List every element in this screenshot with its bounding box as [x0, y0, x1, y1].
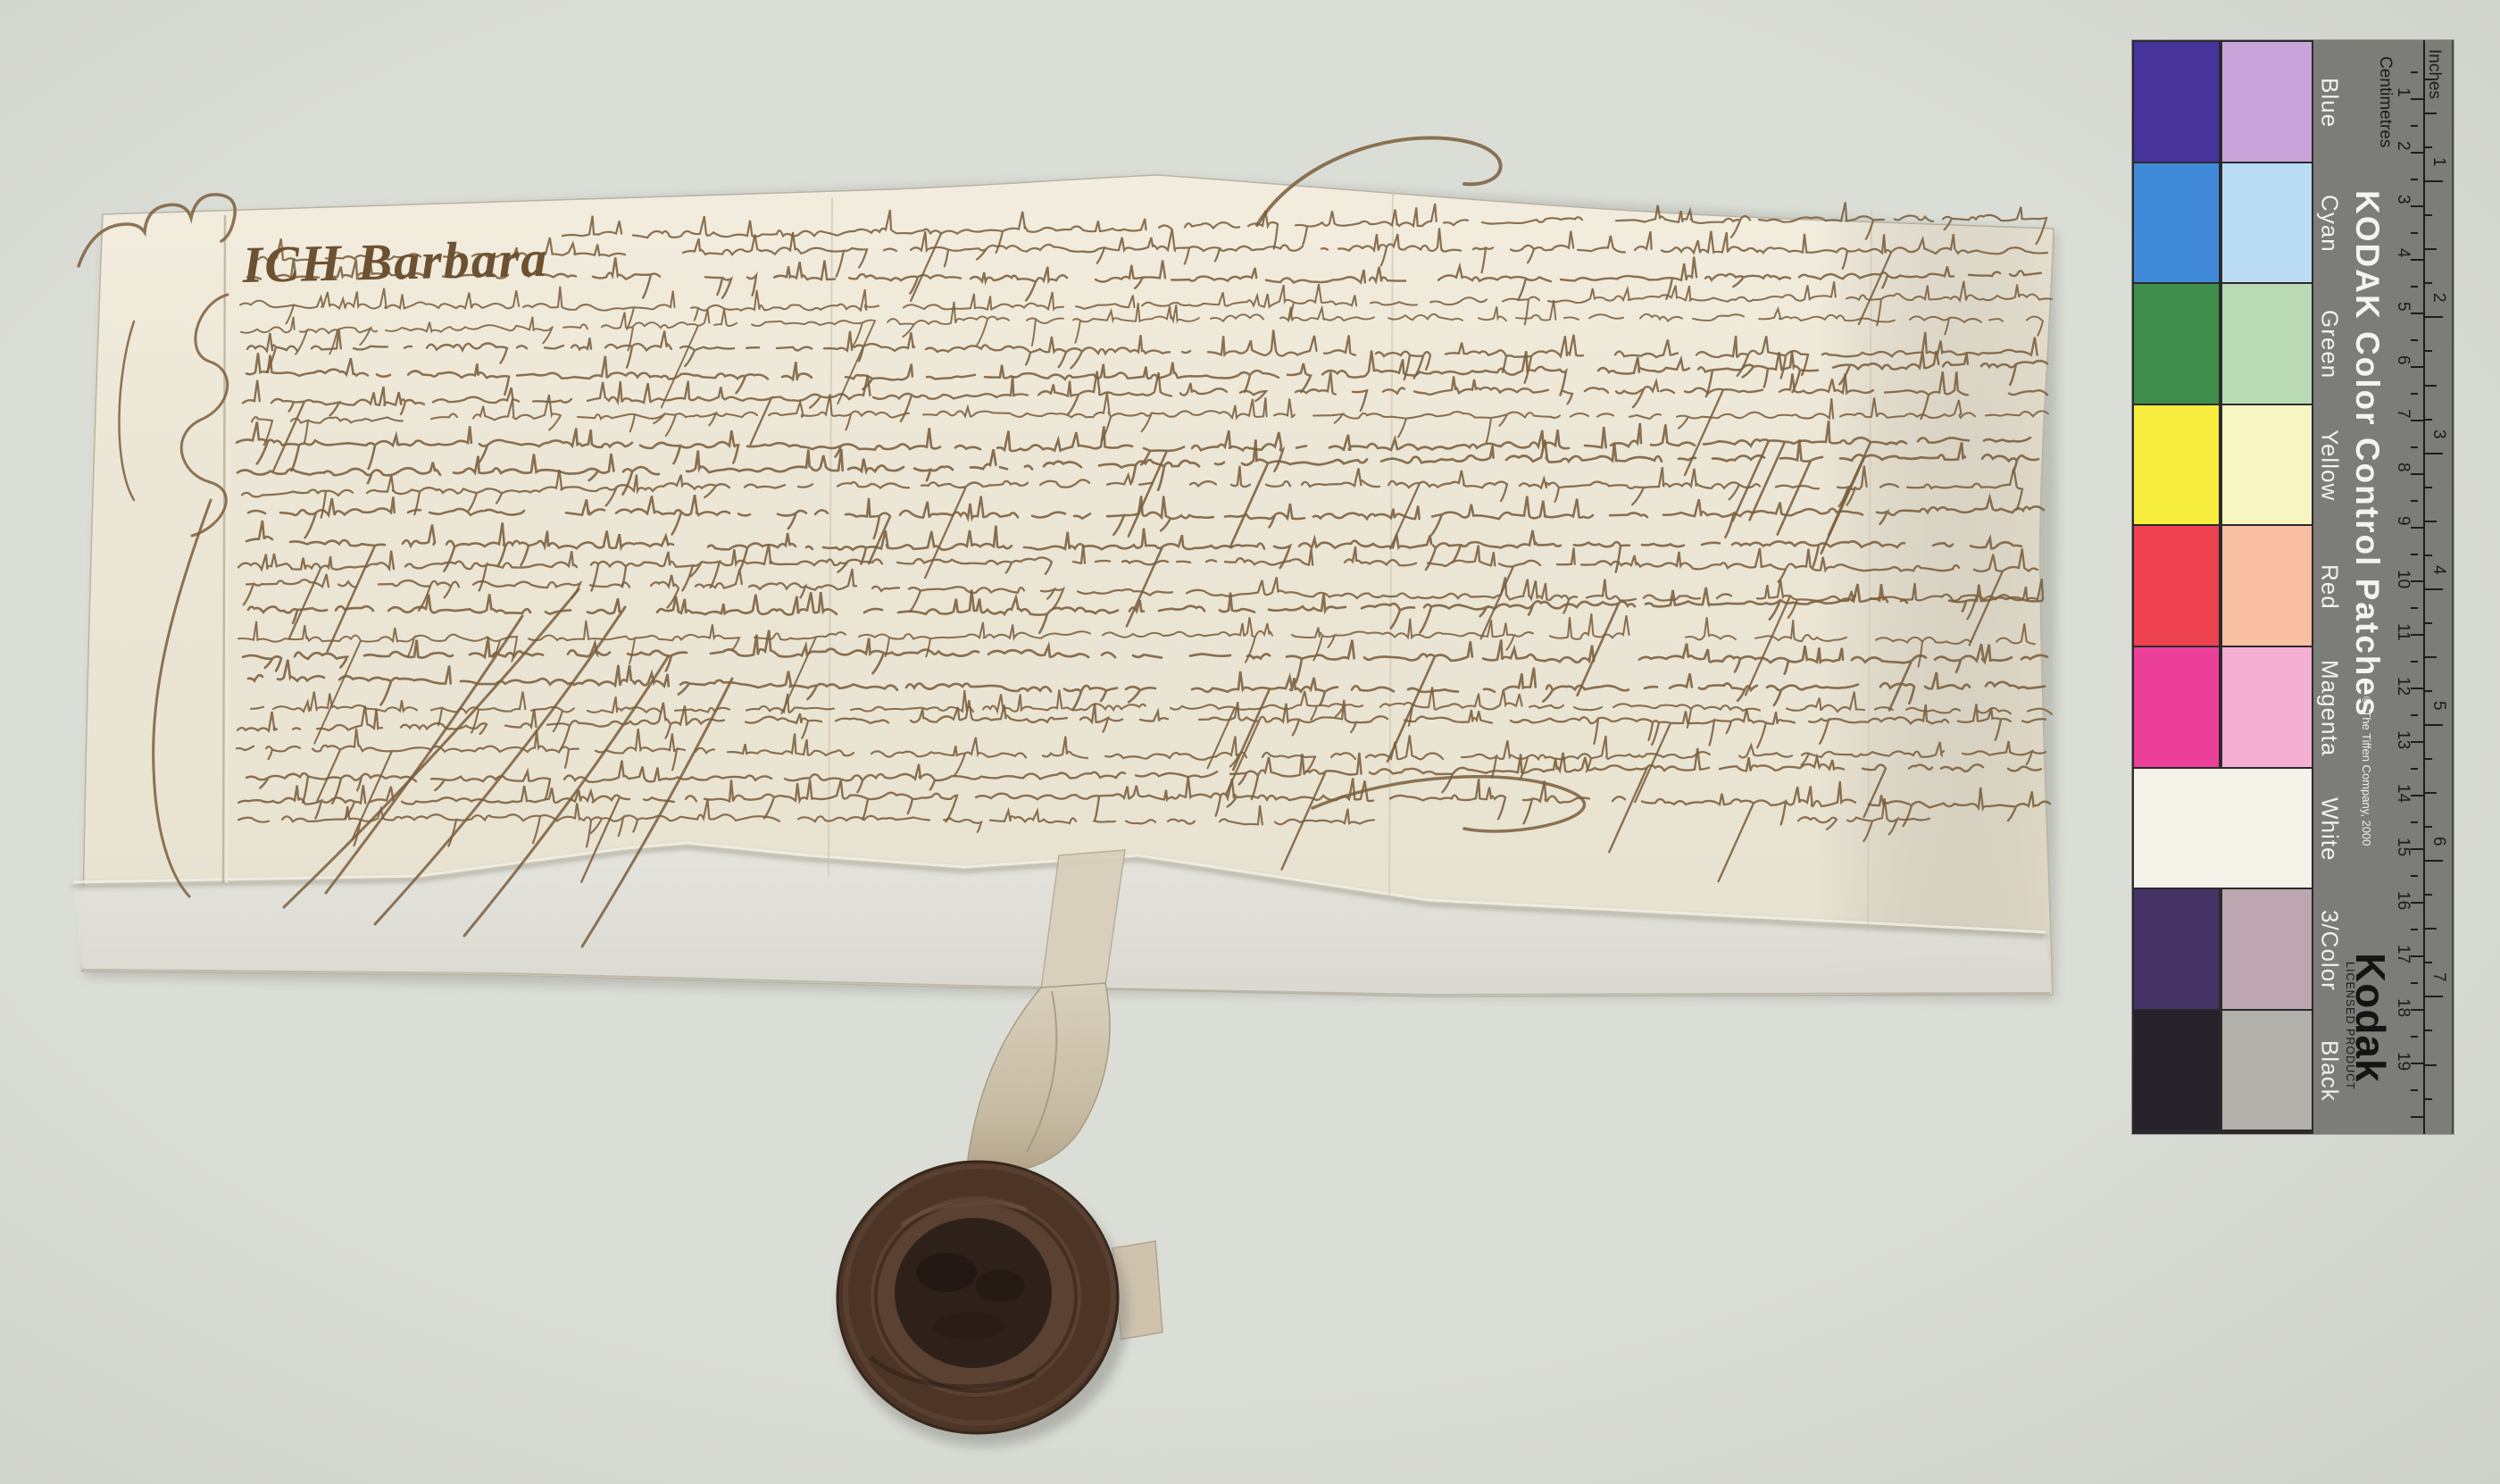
cm-tick — [2411, 420, 2423, 421]
strip-title: KODAK Color Control Patches — [2345, 190, 2386, 726]
cm-number: 7 — [2395, 409, 2412, 419]
cm-tick — [2411, 821, 2418, 823]
cm-tick — [2411, 902, 2423, 904]
patch-cyan-dark — [2134, 163, 2219, 283]
patch-label-red: Red — [2314, 526, 2345, 647]
cm-tick — [2411, 98, 2423, 100]
patch-label-3/color: 3/Color — [2314, 889, 2345, 1011]
inch-tick — [2425, 214, 2432, 216]
inch-tick — [2425, 521, 2437, 522]
cm-tick — [2411, 955, 2423, 957]
patch-label-cyan: Cyan — [2314, 163, 2345, 285]
inch-tick — [2425, 962, 2432, 963]
patch-yellow-dark — [2134, 405, 2219, 525]
inch-tick — [2425, 1030, 2432, 1031]
patch-label-black: Black — [2314, 1011, 2345, 1132]
inch-tick — [2425, 1064, 2437, 1066]
patch-black-dark — [2134, 1011, 2219, 1130]
inch-tick — [2425, 656, 2437, 658]
patch-blue-light — [2222, 42, 2312, 162]
cm-number: 13 — [2395, 730, 2412, 749]
cm-tick — [2411, 607, 2418, 609]
cm-tick — [2411, 393, 2418, 395]
inch-number: 3 — [2430, 429, 2447, 439]
cm-number: 10 — [2395, 570, 2412, 588]
inch-tick — [2425, 350, 2432, 352]
inch-tick — [2425, 554, 2432, 556]
cm-tick — [2411, 339, 2418, 341]
inch-tick — [2425, 453, 2443, 454]
inch-tick — [2425, 758, 2432, 760]
cm-tick — [2411, 1116, 2423, 1118]
patch-green-light — [2222, 284, 2312, 404]
inch-number: 7 — [2430, 972, 2447, 982]
cm-number: 3 — [2395, 195, 2412, 204]
cm-number: 9 — [2395, 516, 2412, 526]
inch-tick — [2425, 248, 2437, 250]
patch-cyan-light — [2222, 163, 2312, 283]
cm-tick — [2411, 259, 2423, 261]
inch-tick — [2425, 79, 2432, 80]
cm-tick — [2411, 875, 2418, 877]
cm-tick — [2411, 741, 2423, 743]
cm-number: 19 — [2395, 1052, 2412, 1071]
inch-tick — [2425, 1098, 2432, 1100]
patch-label-blue: Blue — [2314, 42, 2345, 163]
inch-tick — [2425, 180, 2443, 182]
inch-number: 5 — [2430, 701, 2447, 711]
patch-label-white: White — [2314, 769, 2345, 890]
inch-tick — [2425, 113, 2437, 114]
cm-tick — [2411, 1063, 2423, 1064]
inch-tick — [2425, 894, 2432, 896]
patch-green-dark — [2134, 284, 2219, 404]
cm-tick — [2411, 205, 2423, 207]
cm-tick — [2411, 152, 2423, 154]
patch-red-light — [2222, 526, 2312, 646]
cm-tick — [2411, 286, 2418, 288]
cm-tick — [2411, 71, 2418, 73]
cm-tick — [2411, 848, 2423, 850]
cm-number: 17 — [2395, 945, 2412, 963]
inch-number: 6 — [2430, 837, 2447, 846]
cm-number: 8 — [2395, 463, 2412, 472]
cm-tick — [2411, 232, 2418, 234]
inch-number: 4 — [2430, 565, 2447, 575]
cm-number: 6 — [2395, 355, 2412, 365]
inch-tick — [2425, 928, 2437, 930]
cm-tick — [2411, 929, 2418, 930]
cm-tick — [2411, 473, 2423, 475]
patch-magenta-light — [2222, 647, 2312, 767]
cm-tick — [2411, 527, 2423, 529]
inch-tick — [2425, 622, 2432, 624]
cm-number: 14 — [2395, 784, 2412, 803]
inch-tick — [2425, 419, 2432, 421]
cm-tick — [2411, 313, 2423, 314]
cm-number: 5 — [2395, 302, 2412, 312]
kodak-color-strip: BlueCyanGreenYellowRedMagentaWhite3/Colo… — [2132, 40, 2454, 1134]
cm-tick — [2411, 634, 2423, 636]
inch-number: 2 — [2430, 293, 2447, 303]
wax-seal — [837, 1162, 1129, 1446]
opening-words: ICH Barbara — [241, 229, 549, 294]
inch-tick — [2425, 282, 2432, 284]
cm-number: 12 — [2395, 677, 2412, 696]
cm-tick — [2411, 1089, 2418, 1091]
cm-number: 18 — [2395, 998, 2412, 1017]
cm-tick — [2411, 125, 2418, 127]
strip-copyright: © The Tiffen Company, 2000 — [2357, 694, 2373, 926]
centimetres-label: Centimetres — [2373, 56, 2395, 208]
patch-white — [2134, 769, 2312, 888]
strip-edge — [2452, 40, 2454, 1134]
cm-tick — [2411, 795, 2423, 796]
patch-3/color-light — [2222, 889, 2312, 1009]
inch-tick — [2425, 588, 2443, 590]
inch-tick — [2425, 385, 2437, 387]
cm-number: 1 — [2395, 88, 2412, 97]
cm-number: 16 — [2395, 891, 2412, 910]
patch-label-magenta: Magenta — [2314, 647, 2345, 769]
cm-tick — [2411, 446, 2418, 448]
cm-tick — [2411, 500, 2418, 502]
cm-tick — [2411, 714, 2418, 716]
inch-tick — [2425, 487, 2432, 488]
kodak-logo: Kodak — [2357, 953, 2395, 1131]
cm-tick — [2411, 661, 2418, 663]
patch-3/color-dark — [2134, 889, 2219, 1009]
patch-blue-dark — [2134, 42, 2219, 162]
charter-document: ICH Barbara — [0, 0, 2500, 1484]
inch-tick — [2425, 724, 2443, 726]
cm-tick — [2411, 982, 2418, 984]
cm-number: 11 — [2395, 623, 2412, 641]
cm-number: 15 — [2395, 838, 2412, 856]
cm-tick — [2411, 580, 2423, 582]
patch-black-light — [2222, 1011, 2312, 1130]
cm-tick — [2411, 1009, 2423, 1011]
cm-tick — [2411, 688, 2423, 689]
inch-tick — [2425, 792, 2437, 794]
inch-tick — [2425, 996, 2443, 997]
patch-yellow-light — [2222, 405, 2312, 525]
color-patch-grid — [2132, 40, 2313, 1134]
licensed-product-label: LICENSED PRODUCT — [2341, 962, 2356, 1140]
archival-photo: ICH Barbara BlueCyanGreenYellowRedMagent — [0, 0, 2500, 1484]
cm-number: 4 — [2395, 248, 2412, 258]
patch-label-green: Green — [2314, 284, 2345, 405]
inch-tick — [2425, 146, 2432, 148]
cm-tick — [2411, 366, 2423, 368]
cm-tick — [2411, 554, 2418, 555]
inch-tick — [2425, 690, 2432, 692]
inch-tick — [2425, 860, 2443, 862]
cm-tick — [2411, 768, 2418, 770]
patch-label-yellow: Yellow — [2314, 405, 2345, 527]
patch-magenta-dark — [2134, 647, 2219, 767]
cm-tick — [2411, 179, 2418, 180]
ruler-divider — [2423, 40, 2425, 1134]
cm-tick — [2411, 1036, 2418, 1038]
patch-red-dark — [2134, 526, 2219, 646]
inch-number: 1 — [2430, 157, 2447, 167]
inch-tick — [2425, 316, 2443, 318]
inch-tick — [2425, 826, 2432, 828]
cm-number: 2 — [2395, 141, 2412, 151]
